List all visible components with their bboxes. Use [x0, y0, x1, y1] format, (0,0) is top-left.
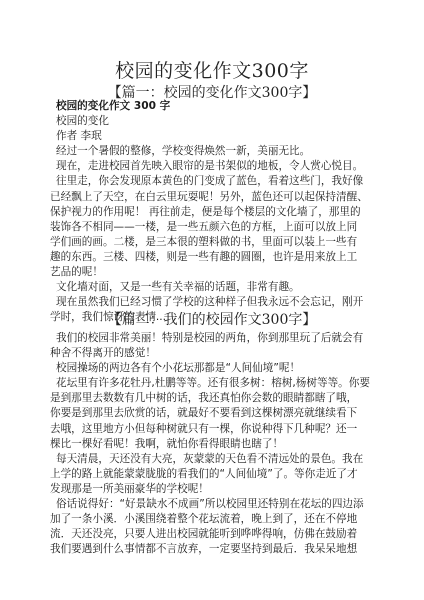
text-line: 加了一条小溪．小溪围绕着整个花坛流着，晚上到了，还在不停地: [50, 512, 383, 527]
text-line: 现在，走进校园首先映入眼帘的是书架似的地板，令人赏心悦目。: [53, 159, 383, 174]
page-title: 校园的变化作文300字: [0, 56, 424, 83]
text-line: 学们画的画。二楼，是三本很的塑料做的书，里面可以装上一些有: [50, 235, 383, 250]
text-line: 往里走，你会发现原本黄色的门变成了蓝色，看着这些门，我好像: [53, 174, 383, 189]
section-heading-2: 【篇二：我们的校园作文300字】: [0, 309, 424, 329]
text-line: 种舍不得离开的感觉！: [50, 346, 383, 361]
text-line: 上学的路上就能蒙蒙胧胧的看我们的“人间仙境”了。等你走近了才: [50, 467, 383, 482]
text-line: 校园的变化: [53, 114, 383, 129]
text-line: 俗话说得好：“好景缺水不成画”所以校园里还特别在花坛的四边添: [53, 497, 383, 512]
text-line: 棵比一棵好看呢！我啊，就怕你看得眼睛也瞎了！: [50, 437, 383, 452]
text-line: 装饰各不相同——一楼，是一些五颜六色的方框，上面可以放上同: [50, 220, 383, 235]
text-line: 艺品的呢！: [50, 265, 383, 280]
text-line: 我们的校园非常美丽！特别是校园的两角，你到那里玩了后就会有: [53, 331, 383, 346]
text-line: 花坛里有许多花牡丹,杜鹏等等。还有很多树：榕树,杨树等等。你要: [53, 376, 383, 391]
document-page: 校园的变化作文300字 【篇一：校园的变化作文300字】 校园的变化作文 300…: [0, 0, 424, 600]
text-line: 趣的东西。三楼、四楼，则是一些有趣的圆圈，也许是用来放上工: [50, 250, 383, 265]
text-line: 发现那是一所美丽豪华的学校呢！: [50, 482, 383, 497]
text-line: 我们要遇到什么事情都不言放弃，一定要坚持到最后．我呆呆地想: [50, 542, 383, 557]
text-line: 已经飘上了天空，在白云里玩耍呢！另外，蓝色还可以起保持清醒、: [50, 190, 383, 205]
text-line: 经过一个暑假的整修，学校变得焕然一新，美丽无比。: [53, 144, 383, 159]
text-line: 校园操场的两边各有个小花坛那都是“人间仙境”呢！: [53, 361, 383, 376]
text-line: 每天清晨，天还没有大亮，灰蒙蒙的天色看不清远处的景色。我在: [53, 452, 383, 467]
text-line: 作者 李珉: [53, 129, 383, 144]
text-line: 是到那里去数数有几中树的话，我还真怕你会数的眼睛都瞎了哦，: [50, 391, 383, 406]
text-line: 保护视力的作用呢！ 再往前走，便是每个楼层的文化墙了，那里的: [50, 205, 383, 220]
text-line: 你要是到那里去欣赏的话，就最好不要看到这棵树漂亮就继续看下: [50, 406, 383, 421]
section-body-2: 我们的校园非常美丽！特别是校园的两角，你到那里玩了后就会有 种舍不得离开的感觉！…: [53, 331, 383, 557]
text-line: 去哦，这里地方小但每种树就只有一棵，你说种得下几种呢？还一: [50, 422, 383, 437]
section-body-1: 校园的变化作文 300 字 校园的变化 作者 李珉 经过一个暑假的整修，学校变得…: [53, 99, 383, 325]
text-line: 文化墙对面，又是一些有关幸福的话题，非常有趣。: [53, 280, 383, 295]
text-line: 校园的变化作文 300 字: [53, 99, 383, 114]
text-line: 流．天还没亮，只要人进出校园就能听到哗哗得响，仿佛在鼓励着: [50, 527, 383, 542]
